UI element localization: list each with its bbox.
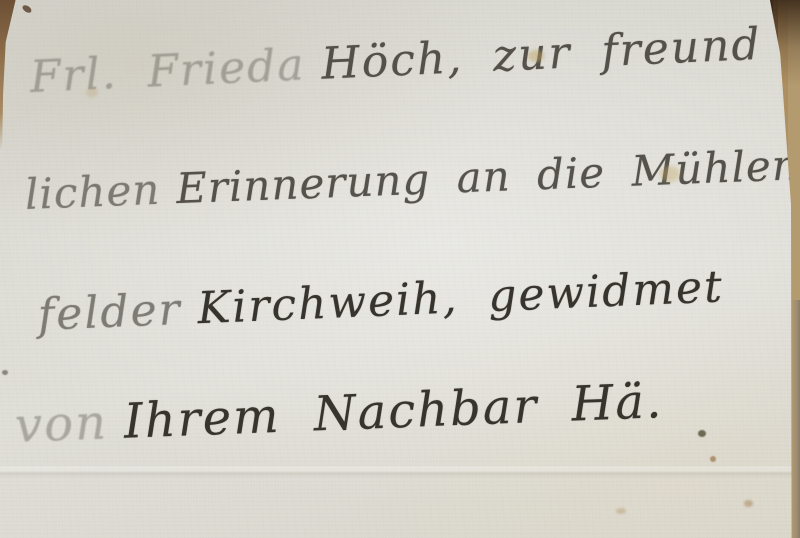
text-segment: von [14,394,109,454]
card-edge-right-lower [791,300,800,538]
stain [710,456,716,462]
stain [86,88,98,97]
paper-crease [0,466,800,478]
stain [660,166,680,182]
photograph: Frl. FriedaHöch, zur freund lichenErinne… [0,0,800,538]
stain [744,500,753,507]
stain [2,370,8,375]
stain [698,430,706,437]
stain [528,50,544,62]
text-segment: felder [37,284,183,341]
text-segment: lichen [24,165,161,219]
stain [616,508,626,514]
